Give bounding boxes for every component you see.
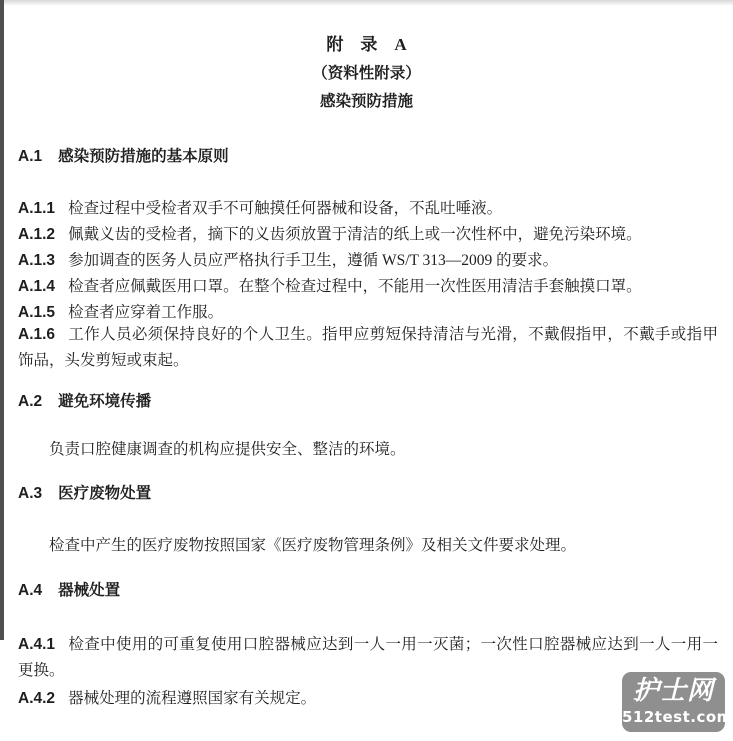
clause-text: 检查者应穿着工作服。 bbox=[68, 304, 223, 321]
watermark-badge: 护士网 512test.com bbox=[622, 672, 725, 732]
page-top-edge-line bbox=[0, 0, 733, 6]
document-page: 附 录 A （资料性附录） 感染预防措施 A.1感染预防措施的基本原则 A.1.… bbox=[0, 0, 733, 741]
watermark-site-name: 护士网 bbox=[622, 674, 725, 708]
paragraph-a2: 负责口腔健康调查的机构应提供安全、整洁的环境。 bbox=[18, 437, 718, 463]
clause-a1-4: A.1.4检查者应佩戴医用口罩。在整个检查过程中，不能用一次性医用清洁手套触摸口… bbox=[18, 274, 718, 300]
clause-a1-3: A.1.3参加调查的医务人员应严格执行手卫生，遵循 WS/T 313—2009 … bbox=[18, 248, 718, 274]
appendix-subtitle: （资料性附录） bbox=[0, 61, 733, 87]
clause-a1-6: A.1.6工作人员必须保持良好的个人卫生。指甲应剪短保持清洁与光滑，不戴假指甲，… bbox=[18, 322, 718, 374]
clause-text: 参加调查的医务人员应严格执行手卫生，遵循 WS/T 313—2009 的要求。 bbox=[68, 252, 558, 269]
clause-text: 工作人员必须保持良好的个人卫生。指甲应剪短保持清洁与光滑，不戴假指甲，不戴手或指… bbox=[18, 326, 718, 369]
clause-text: 检查过程中受检者双手不可触摸任何器械和设备，不乱吐唾液。 bbox=[68, 200, 502, 217]
clause-a4-2: A.4.2器械处理的流程遵照国家有关规定。 bbox=[18, 686, 718, 712]
clause-text: 佩戴义齿的受检者，摘下的义齿须放置于清洁的纸上或一次性杯中，避免污染环境。 bbox=[68, 226, 642, 243]
clause-number: A.1.2 bbox=[18, 226, 55, 243]
section-title-text: 避免环境传播 bbox=[58, 393, 151, 410]
appendix-title: 附 录 A bbox=[0, 32, 733, 58]
section-heading-a3: A.3医疗废物处置 bbox=[18, 481, 718, 507]
section-number: A.3 bbox=[18, 485, 42, 502]
section-heading-a4: A.4器械处置 bbox=[18, 578, 718, 604]
clause-text: 检查中使用的可重复使用口腔器械应达到一人一用一灭菌；一次性口腔器械应达到一人一用… bbox=[18, 636, 718, 679]
clause-a4-1: A.4.1检查中使用的可重复使用口腔器械应达到一人一用一灭菌；一次性口腔器械应达… bbox=[18, 632, 718, 684]
section-number: A.1 bbox=[18, 148, 42, 165]
appendix-topic-title: 感染预防措施 bbox=[0, 89, 733, 115]
paragraph-a3: 检查中产生的医疗废物按照国家《医疗废物管理条例》及相关文件要求处理。 bbox=[18, 533, 718, 559]
section-heading-a2: A.2避免环境传播 bbox=[18, 389, 718, 415]
clause-a1-1: A.1.1检查过程中受检者双手不可触摸任何器械和设备，不乱吐唾液。 bbox=[18, 196, 718, 222]
section-number: A.2 bbox=[18, 393, 42, 410]
clause-number: A.1.6 bbox=[18, 326, 55, 343]
section-number: A.4 bbox=[18, 582, 42, 599]
clause-text: 器械处理的流程遵照国家有关规定。 bbox=[68, 690, 316, 707]
watermark-site-url: 512test.com bbox=[622, 708, 725, 726]
section-title-text: 感染预防措施的基本原则 bbox=[58, 148, 229, 165]
clause-number: A.1.1 bbox=[18, 200, 55, 217]
clause-a1-2: A.1.2佩戴义齿的受检者，摘下的义齿须放置于清洁的纸上或一次性杯中，避免污染环… bbox=[18, 222, 718, 248]
clause-number: A.1.5 bbox=[18, 304, 55, 321]
clause-number: A.4.1 bbox=[18, 636, 55, 653]
section-title-text: 医疗废物处置 bbox=[58, 485, 151, 502]
clause-number: A.1.3 bbox=[18, 252, 55, 269]
clause-number: A.1.4 bbox=[18, 278, 55, 295]
section-title-text: 器械处置 bbox=[58, 582, 120, 599]
clause-number: A.4.2 bbox=[18, 690, 55, 707]
section-heading-a1: A.1感染预防措施的基本原则 bbox=[18, 144, 718, 170]
clause-text: 检查者应佩戴医用口罩。在整个检查过程中，不能用一次性医用清洁手套触摸口罩。 bbox=[68, 278, 642, 295]
